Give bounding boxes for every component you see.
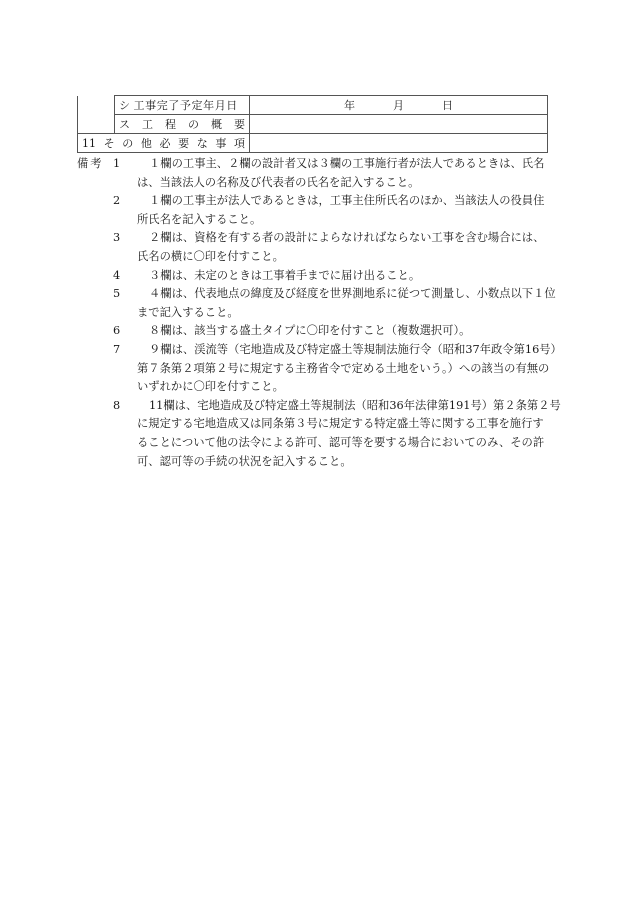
table-row-other-matters: 11 そ の 他 必 要 な 事 項 — [78, 134, 548, 153]
note-number: 5 — [113, 285, 123, 304]
note-line: 所氏名を記入すること。 — [119, 211, 557, 230]
label-char: の — [188, 119, 199, 130]
label-char: 工 — [142, 119, 153, 130]
note-line: ２欄は、資格を有する者の設計によらなければならない工事を含む場合には、 — [119, 229, 557, 248]
application-form-table: シ 工事完了予定年月日 年 月 日 ス 工 程 の 概 要 — [77, 95, 548, 153]
note-item-7: 7 ９欄は、渓流等（宅地造成及び特定盛土等規制法施行令（昭和37年政令第16号）… — [77, 341, 557, 397]
process-overview-field[interactable] — [250, 115, 548, 134]
note-number: 7 — [113, 341, 123, 360]
section-column-blank — [78, 96, 115, 134]
note-number: 3 — [113, 229, 123, 248]
notes-section: 備考 1 １欄の工事主、２欄の設計者又は３欄の工事施行者が法人であるときは、氏名… — [77, 155, 557, 471]
label-char: の — [122, 138, 133, 149]
label-char: 要 — [178, 138, 189, 149]
note-line: いずれかに〇印を付すこと。 — [119, 378, 557, 397]
other-matters-field[interactable] — [250, 134, 548, 153]
note-line: に規定する宅地造成又は同条第３号に規定する特定盛土等に関する工事を施行す — [119, 415, 557, 434]
note-number: 2 — [113, 192, 123, 211]
table-row-process-overview: ス 工 程 の 概 要 — [78, 115, 548, 134]
note-number: 8 — [113, 397, 123, 416]
label-char: そ — [104, 138, 115, 149]
note-line: 可、認可等の手続の状況を記入すること。 — [119, 453, 557, 472]
table-row-completion-date: シ 工事完了予定年月日 年 月 日 — [78, 96, 548, 115]
row-prefix: シ — [119, 99, 130, 112]
row-number: 11 — [82, 138, 96, 149]
note-line: 氏名の横に〇印を付すこと。 — [119, 248, 557, 267]
note-item-4: 4 ３欄は、未定のときは工事着手までに届け出ること。 — [77, 267, 557, 286]
note-item-1: 1 １欄の工事主、２欄の設計者又は３欄の工事施行者が法人であるときは、氏名 は、… — [77, 155, 557, 192]
note-item-5: 5 ４欄は、代表地点の緯度及び経度を世界測地系に従つて測量し、小数点以下１位 ま… — [77, 285, 557, 322]
note-line: ３欄は、未定のときは工事着手までに届け出ること。 — [119, 267, 557, 286]
note-line: １欄の工事主が法人であるときは，工事主住所氏名のほか、当該法人の役員住 — [119, 192, 557, 211]
row-prefix: ス — [119, 119, 130, 130]
label-char: 項 — [234, 138, 245, 149]
note-line: ４欄は、代表地点の緯度及び経度を世界測地系に従つて測量し、小数点以下１位 — [119, 285, 557, 304]
note-item-6: 6 ８欄は、該当する盛土タイプに〇印を付すこと（複数選択可）。 — [77, 322, 557, 341]
label-char: 要 — [234, 119, 245, 130]
label-char: 他 — [141, 138, 152, 149]
note-item-3: 3 ２欄は、資格を有する者の設計によらなければならない工事を含む場合には、 氏名… — [77, 229, 557, 266]
note-number: 6 — [113, 322, 123, 341]
document-page: シ 工事完了予定年月日 年 月 日 ス 工 程 の 概 要 — [0, 0, 630, 903]
completion-date-field[interactable]: 年 月 日 — [250, 96, 548, 115]
year-label: 年 — [344, 100, 355, 111]
label-other-matters: 11 そ の 他 必 要 な 事 項 — [78, 134, 250, 153]
note-item-8: 8 11欄は、宅地造成及び特定盛土等規制法（昭和36年法律第191号）第２条第２… — [77, 397, 557, 471]
note-line: まで記入すること。 — [119, 304, 557, 323]
note-line: ８欄は、該当する盛土タイプに〇印を付すこと（複数選択可）。 — [119, 322, 557, 341]
note-number: 4 — [113, 267, 123, 286]
label-char: 程 — [165, 119, 176, 130]
label-char: 必 — [160, 138, 171, 149]
label-char: 概 — [211, 119, 222, 130]
label-char: な — [197, 138, 208, 149]
label-process-overview: ス 工 程 の 概 要 — [115, 115, 250, 134]
month-label: 月 — [393, 100, 404, 111]
note-line: は、当該法人の名称及び代表者の氏名を記入すること。 — [119, 174, 557, 193]
note-line: ることについて他の法令による許可、認可等を要する場合においてのみ、その許 — [119, 434, 557, 453]
row-label: 工事完了予定年月日 — [134, 99, 238, 112]
note-item-2: 2 １欄の工事主が法人であるときは，工事主住所氏名のほか、当該法人の役員住 所氏… — [77, 192, 557, 229]
note-line: １欄の工事主、２欄の設計者又は３欄の工事施行者が法人であるときは、氏名 — [119, 155, 557, 174]
note-line: ９欄は、渓流等（宅地造成及び特定盛土等規制法施行令（昭和37年政令第16号） — [119, 341, 557, 360]
label-char: 事 — [215, 138, 226, 149]
day-label: 日 — [442, 100, 453, 111]
label-completion-date: シ 工事完了予定年月日 — [115, 96, 250, 115]
note-line: 11欄は、宅地造成及び特定盛土等規制法（昭和36年法律第191号）第２条第２号 — [119, 397, 557, 416]
note-line: 第７条第２項第２号に規定する主務省令で定める土地をいう。）への該当の有無の — [119, 360, 557, 379]
note-number: 1 — [113, 155, 123, 174]
